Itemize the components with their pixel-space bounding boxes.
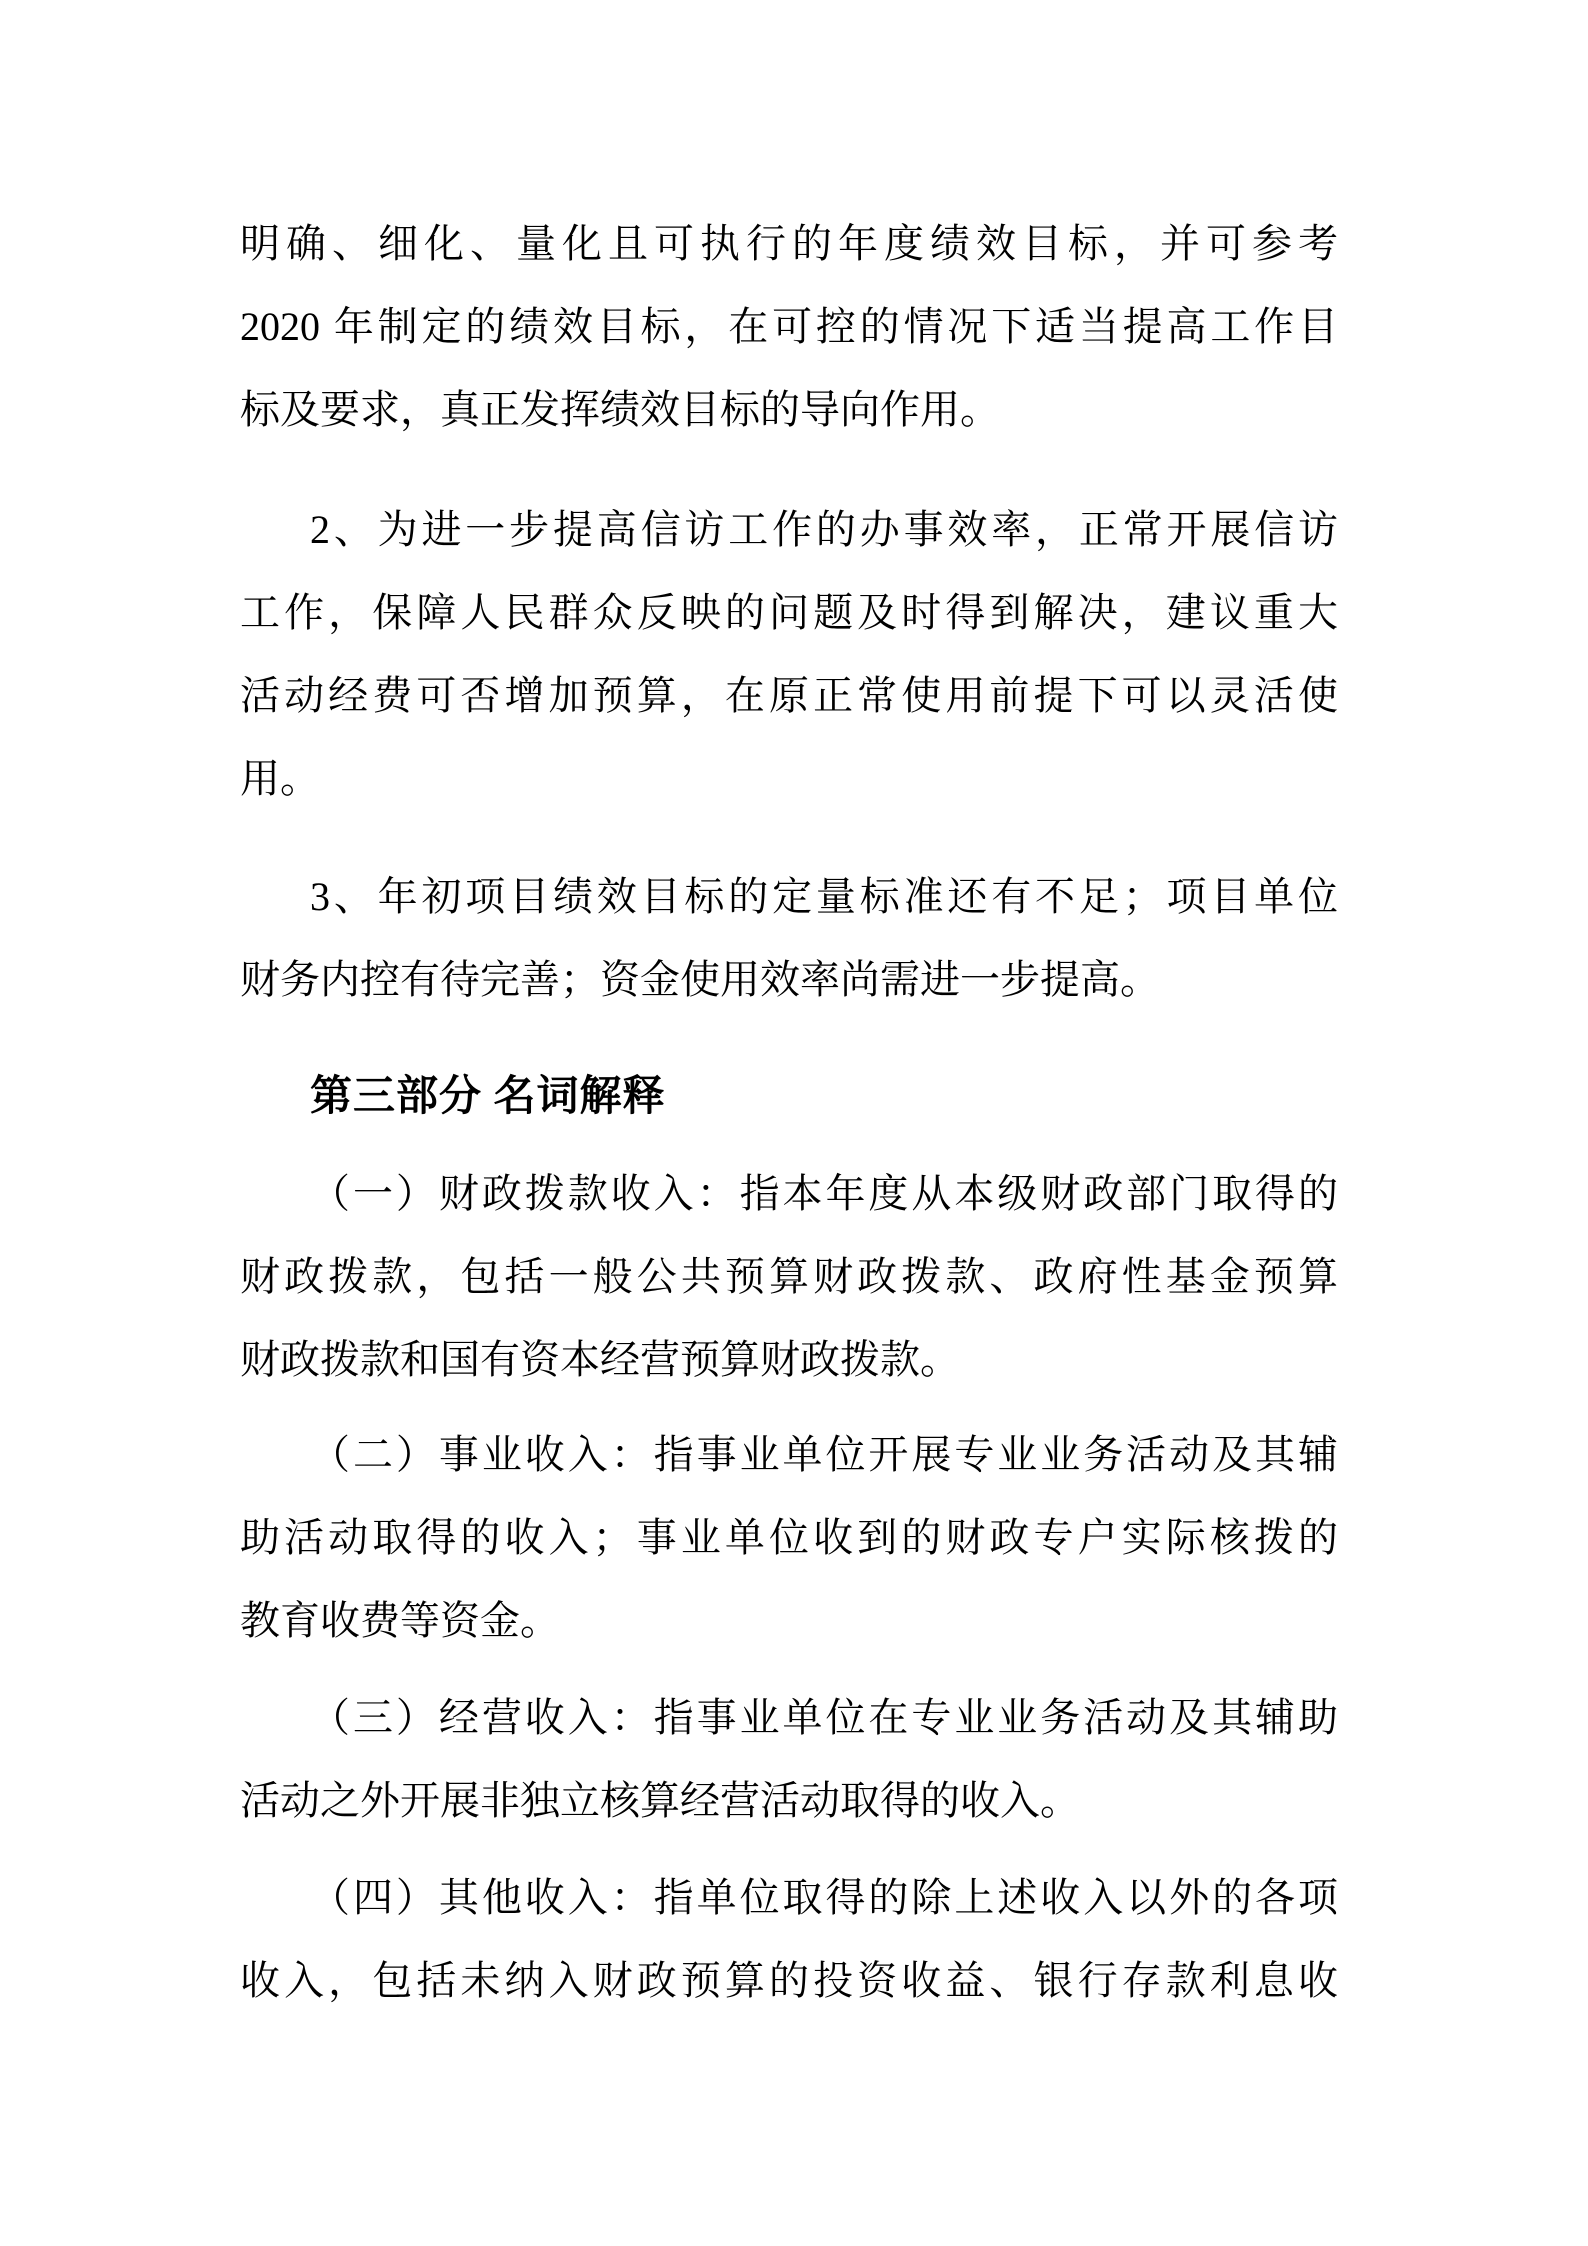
paragraph-item-3: 3、年初项目绩效目标的定量标准还有不足；项目单位 财务内控有待完善；资金使用效率… [240, 855, 1338, 1021]
text-line: 收入，包括未纳入财政预算的投资收益、银行存款利息收 [240, 1939, 1338, 2022]
paragraph-term-4: （四）其他收入：指单位取得的除上述收入以外的各项 收入，包括未纳入财政预算的投资… [240, 1856, 1338, 2022]
text-line: 2020 年制定的绩效目标，在可控的情况下适当提高工作目 [240, 285, 1338, 368]
text-line: （一）财政拨款收入：指本年度从本级财政部门取得的 [240, 1152, 1338, 1235]
paragraph-term-3: （三）经营收入：指事业单位在专业业务活动及其辅助 活动之外开展非独立核算经营活动… [240, 1676, 1338, 1842]
text-line: 财政拨款和国有资本经营预算财政拨款。 [240, 1318, 1338, 1401]
text-line: 教育收费等资金。 [240, 1579, 1338, 1662]
text-line: 明确、细化、量化且可执行的年度绩效目标，并可参考 [240, 202, 1338, 285]
text-line: 用。 [240, 737, 1338, 820]
text-line: （二）事业收入：指事业单位开展专业业务活动及其辅 [240, 1413, 1338, 1496]
text-line: （四）其他收入：指单位取得的除上述收入以外的各项 [240, 1856, 1338, 1939]
text-line: 标及要求，真正发挥绩效目标的导向作用。 [240, 368, 1338, 451]
text-line: 活动经费可否增加预算，在原正常使用前提下可以灵活使 [240, 654, 1338, 737]
text-line: 3、年初项目绩效目标的定量标准还有不足；项目单位 [240, 855, 1338, 938]
document-page: 明确、细化、量化且可执行的年度绩效目标，并可参考 2020 年制定的绩效目标，在… [0, 0, 1588, 2246]
text-line: 助活动取得的收入；事业单位收到的财政专户实际核拨的 [240, 1496, 1338, 1579]
paragraph-continuation: 明确、细化、量化且可执行的年度绩效目标，并可参考 2020 年制定的绩效目标，在… [240, 202, 1338, 451]
paragraph-term-2: （二）事业收入：指事业单位开展专业业务活动及其辅 助活动取得的收入；事业单位收到… [240, 1413, 1338, 1662]
page-content: 明确、细化、量化且可执行的年度绩效目标，并可参考 2020 年制定的绩效目标，在… [0, 0, 1588, 2022]
text-line: 财政拨款，包括一般公共预算财政拨款、政府性基金预算 [240, 1235, 1338, 1318]
paragraph-item-2: 2、为进一步提高信访工作的办事效率，正常开展信访 工作，保障人民群众反映的问题及… [240, 488, 1338, 820]
section-heading: 第三部分 名词解释 [240, 1056, 1338, 1139]
paragraph-term-1: （一）财政拨款收入：指本年度从本级财政部门取得的 财政拨款，包括一般公共预算财政… [240, 1152, 1338, 1401]
text-line: 财务内控有待完善；资金使用效率尚需进一步提高。 [240, 938, 1338, 1021]
text-line: 工作，保障人民群众反映的问题及时得到解决，建议重大 [240, 571, 1338, 654]
text-line: 2、为进一步提高信访工作的办事效率，正常开展信访 [240, 488, 1338, 571]
text-line: 活动之外开展非独立核算经营活动取得的收入。 [240, 1759, 1338, 1842]
text-line: （三）经营收入：指事业单位在专业业务活动及其辅助 [240, 1676, 1338, 1759]
